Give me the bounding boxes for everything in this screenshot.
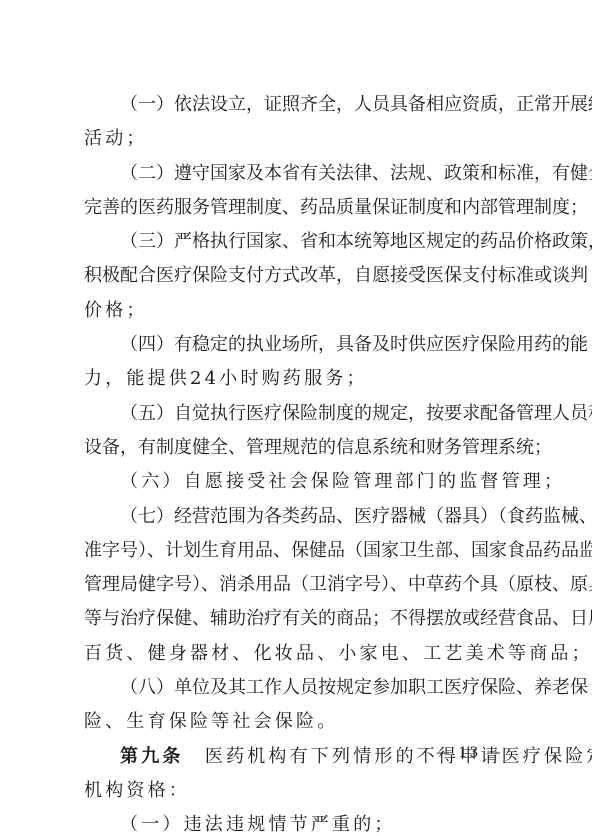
paragraph-line: 百货、健身器材、化妆品、小家电、工艺美术等商品；	[84, 637, 518, 671]
paragraph-line: （七）经营范围为各类药品、医疗器械（器具）（食药监械、管械	[84, 500, 518, 534]
paragraph-line: 完善的医药服务管理制度、药品质量保证制度和内部管理制度；	[84, 191, 518, 225]
paragraph-line: 准字号）、计划生育用品、保健品（国家卫生部、国家食品药品监督	[84, 534, 518, 568]
paragraph-line: （二）遵守国家及本省有关法律、法规、政策和标准，有健全和	[84, 157, 518, 191]
paragraph-line: 价格；	[84, 294, 518, 328]
article-number: 第九条	[120, 746, 205, 767]
paragraph-line: 活动；	[84, 122, 518, 156]
page-number: — 13 —	[436, 745, 503, 761]
paragraph-line: 等与治疗保健、辅助治疗有关的商品；不得摆放或经营食品、日用	[84, 602, 518, 636]
paragraph-line: （一）违法违规情节严重的；	[84, 808, 518, 836]
paragraph-line: （八）单位及其工作人员按规定参加职工医疗保险、养老保	[84, 671, 518, 705]
paragraph-line: （一）依法设立，证照齐全，人员具备相应资质，正常开展经营	[84, 88, 518, 122]
paragraph-line: 管理局健字号）、消杀用品（卫消字号）、中草药个具（原枝、原具）	[84, 568, 518, 602]
paragraph-line: （六）自愿接受社会保险管理部门的监督管理；	[84, 465, 518, 499]
paragraph-line: 积极配合医疗保险支付方式改革，自愿接受医保支付标准或谈判	[84, 259, 518, 293]
paragraph-line: 力，能提供24小时购药服务；	[84, 362, 518, 396]
paragraph-line: （五）自觉执行医疗保险制度的规定，按要求配备管理人员和	[84, 397, 518, 431]
paragraph-line: 机构资格：	[84, 774, 518, 808]
paragraph-line: （四）有稳定的执业场所，具备及时供应医疗保险用药的能	[84, 328, 518, 362]
article-text: 医药机构有下列情形的不得申请医疗保险定点医药	[205, 746, 592, 767]
paragraph-line: （三）严格执行国家、省和本统筹地区规定的药品价格政策，	[84, 225, 518, 259]
paragraph-line: 设备，有制度健全、管理规范的信息系统和财务管理系统；	[84, 431, 518, 465]
paragraph-line: 险、生育保险等社会保险。	[84, 705, 518, 739]
document-body: （一）依法设立，证照齐全，人员具备相应资质，正常开展经营 活动； （二）遵守国家…	[84, 88, 518, 836]
